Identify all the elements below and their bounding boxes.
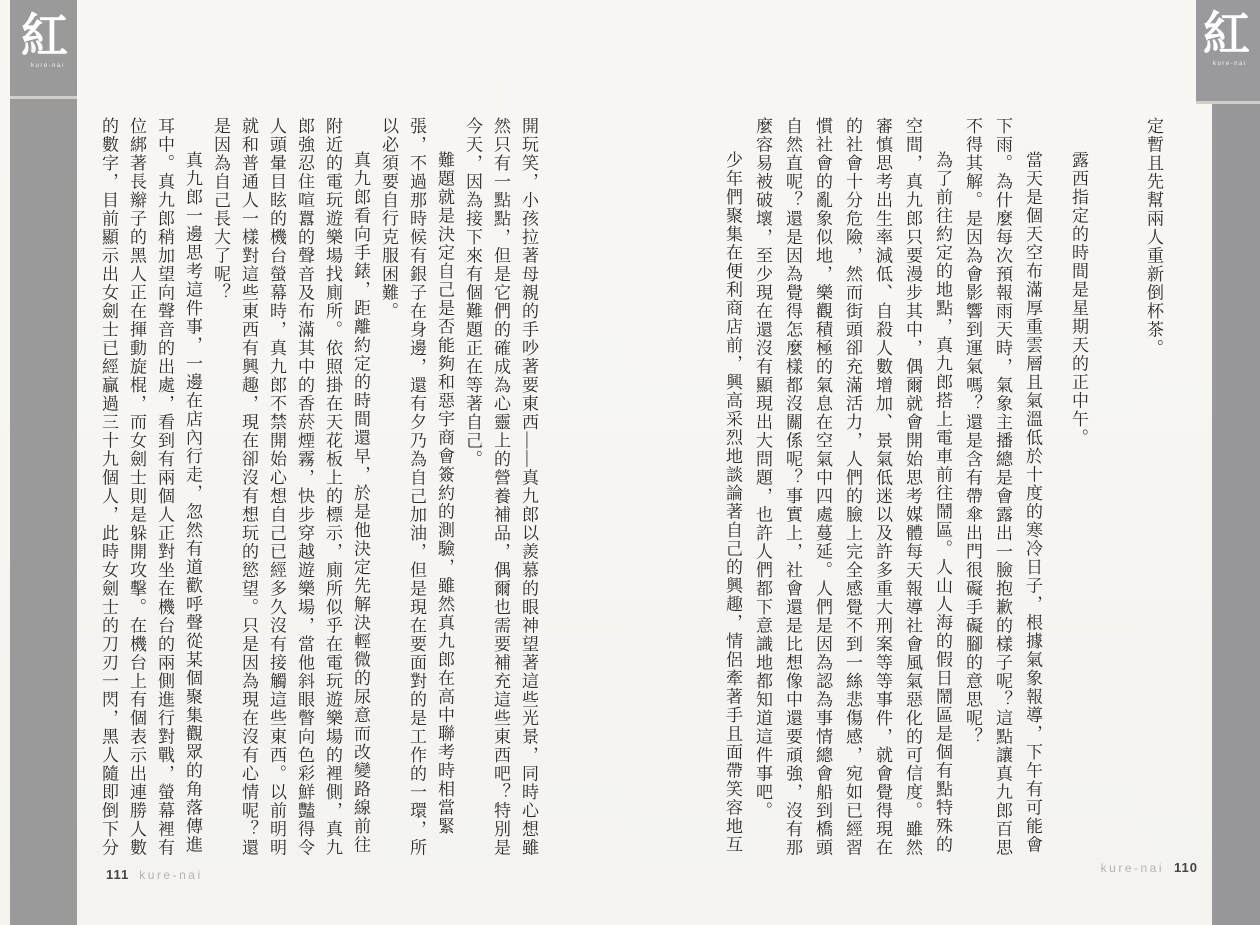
right-band-divider bbox=[1196, 101, 1260, 104]
paragraph: 少年們聚集在便利商店前，興高采烈地談論著自己的興趣，情侶牽著手且面帶笑容地互 bbox=[717, 117, 747, 858]
footer-brand: kure-nai bbox=[139, 868, 202, 882]
paragraph: 開玩笑，小孩拉著母親的手吵著要東西——真九郎以羨慕的眼神望著這些光景，同時心想雖… bbox=[458, 117, 542, 858]
paragraph: 難題就是決定自己是否能夠和惡宇商會簽約的測驗，雖然真九郎在高中聯考時相當緊張，不… bbox=[374, 117, 458, 858]
kurenai-logo-right: 紅 kure-nai bbox=[1203, 10, 1250, 67]
left-page-edge-band bbox=[10, 0, 77, 925]
paragraph: 為了前往約定的地點，真九郎搭上電車前往鬧區。人山人海的假日鬧區是個有點特殊的空間… bbox=[747, 117, 957, 858]
kurenai-romaji-label: kure-nai bbox=[1203, 61, 1250, 67]
right-page-edge-band bbox=[1212, 0, 1260, 925]
paragraph: 真九郎一邊思考這件事，一邊在店內行走，忽然有道歡呼聲從某個聚集觀眾的角落傳進耳中… bbox=[94, 117, 206, 858]
paragraph: 真九郎看向手錶，距離約定的時間還早，於是他決定先解決輕微的尿意而改變路線前往附近… bbox=[206, 117, 374, 858]
right-page-footer: kure-nai 110 bbox=[1040, 860, 1198, 875]
kurenai-kanji-icon: 紅 bbox=[21, 12, 68, 62]
paragraph: 定暫且先幫兩人重新倒杯茶。 bbox=[1138, 117, 1168, 858]
left-band-divider bbox=[10, 96, 77, 99]
kurenai-logo-left: 紅 kure-nai bbox=[21, 12, 68, 69]
page-number: 110 bbox=[1174, 860, 1198, 875]
paragraph: 露西指定的時間是星期天的正中午。 bbox=[1063, 117, 1093, 858]
paragraph: 當天是個天空布滿厚重雲層且氣溫低於十度的寒冷日子，根據氣象報導，下午有可能會下雨… bbox=[957, 117, 1047, 858]
kurenai-romaji-label: kure-nai bbox=[21, 63, 68, 69]
page-number: 111 bbox=[106, 867, 129, 882]
kurenai-kanji-icon: 紅 bbox=[1203, 10, 1250, 60]
left-page-text: 開玩笑，小孩拉著母親的手吵著要東西——真九郎以羨慕的眼神望著這些光景，同時心想雖… bbox=[90, 117, 542, 858]
left-page-footer: 111 kure-nai bbox=[106, 867, 203, 882]
right-page-text: 定暫且先幫兩人重新倒杯茶。 露西指定的時間是星期天的正中午。 當天是個天空布滿厚… bbox=[716, 117, 1168, 858]
footer-brand: kure-nai bbox=[1101, 861, 1164, 875]
